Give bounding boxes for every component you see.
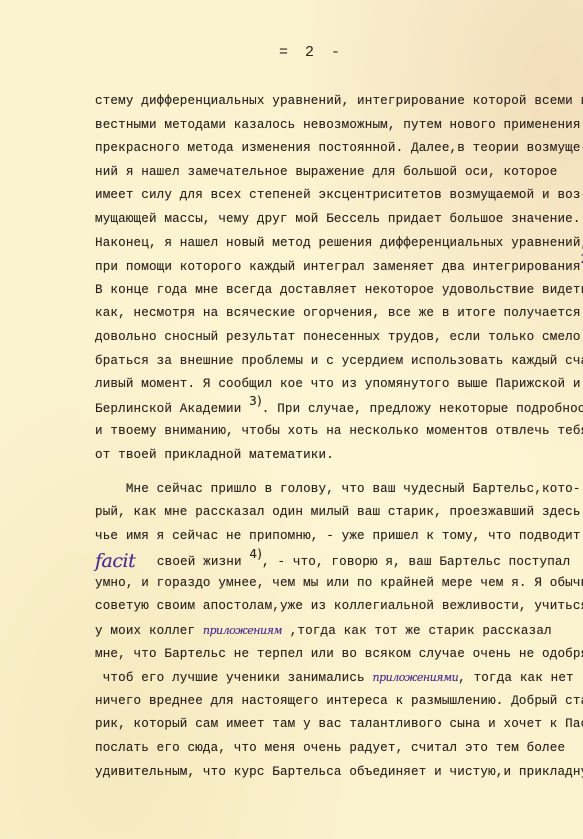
typewritten-body-text: стему дифференциальных уравнений, интегр…	[95, 90, 565, 784]
typed-text: чтоб его лучшие ученики занимались	[95, 671, 372, 685]
text-line: ливый момент. Я сообщил кое что из упомя…	[95, 373, 565, 397]
text-line: послать его сюда, что меня очень радует,…	[95, 737, 565, 761]
text-line: мне, что Бартельс не терпел или во всяко…	[95, 643, 565, 667]
text-line: Мне сейчас пришло в голову, что ваш чуде…	[95, 478, 565, 502]
text-line: ничего вреднее для настоящего интереса к…	[95, 690, 565, 714]
text-line: и твоему вниманию, чтобы хоть на несколь…	[95, 420, 565, 444]
typed-text: мущающей массы, чему друг мой Бессель пр…	[95, 212, 581, 226]
footnote-marker: 4)	[249, 547, 262, 561]
text-line: умно, и гораздо умнее, чем мы или по кра…	[95, 572, 565, 596]
text-line: Наконец, я нашел новый метод решения диф…	[95, 232, 565, 256]
typed-text: удивительным, что курс Бартельса объедин…	[95, 765, 583, 779]
text-line: от твоей прикладной математики.	[95, 444, 565, 468]
typed-text: умно, и гораздо умнее, чем мы или по кра…	[95, 576, 583, 590]
typed-text: у моих коллег	[95, 624, 203, 638]
page-number: = 2 -	[0, 44, 583, 61]
text-line: довольно сносный результат понесенных тр…	[95, 326, 565, 350]
typed-text: довольно сносный результат понесенных тр…	[95, 330, 581, 344]
typed-text: вестными методами казалось невозможным, …	[95, 118, 581, 132]
typed-text: прекрасного метода изменения постоянной.…	[95, 141, 583, 155]
typed-text: Наконец, я нашел новый метод решения диф…	[95, 236, 583, 250]
text-line: у моих коллег приложениям ,тогда как тот…	[95, 619, 565, 643]
handwritten-insertion: приложениями	[372, 671, 458, 684]
typed-text: Берлинской Академии	[95, 402, 249, 416]
text-line: Берлинской Академии 3). При случае, пред…	[95, 397, 565, 421]
typed-text: , - что, говорю я, ваш Бартельс поступал	[262, 555, 570, 569]
footnote-marker: 3)	[249, 394, 262, 408]
text-line: браться за внешние проблемы и с усердием…	[95, 350, 565, 374]
text-line: советую своим апостолам,уже из коллегиал…	[95, 595, 565, 619]
text-line: чтоб его лучшие ученики занимались прило…	[95, 666, 565, 690]
typed-text: ливый момент. Я сообщил кое что из упомя…	[95, 377, 581, 391]
typed-text: послать его сюда, что меня очень радует,…	[95, 741, 565, 755]
text-line: стему дифференциальных уравнений, интегр…	[95, 90, 565, 114]
typed-text: ний я нашел замечательное выражение для …	[95, 165, 557, 179]
typed-text: В конце года мне всегда доставляет некот…	[95, 283, 583, 297]
typed-text: стему дифференциальных уравнений, интегр…	[95, 94, 583, 108]
text-line: как, несмотря на всяческие огорчения, вс…	[95, 302, 565, 326]
text-line: В конце года мне всегда доставляет некот…	[95, 279, 565, 303]
text-line: вестными методами казалось невозможным, …	[95, 114, 565, 138]
typed-text: рик, который сам имеет там у вас талантл…	[95, 717, 583, 731]
handwritten-insertion: facit	[95, 550, 149, 572]
text-line: при помощи которого каждый интеграл заме…	[95, 255, 565, 279]
text-line: чье имя я сейчас не припомню, - уже приш…	[95, 525, 565, 549]
text-line: прекрасного метода изменения постоянной.…	[95, 137, 565, 161]
typed-text: при помощи которого каждый интеграл заме…	[95, 260, 581, 274]
typed-text: мне, что Бартельс не терпел или во всяко…	[95, 647, 583, 661]
typed-text: и твоему вниманию, чтобы хоть на несколь…	[95, 424, 583, 438]
typed-text: имеет силу для всех степеней эксцентриси…	[95, 188, 583, 202]
text-line: ний я нашел замечательное выражение для …	[95, 161, 565, 185]
text-line: удивительным, что курс Бартельса объедин…	[95, 761, 565, 785]
typed-text: советую своим апостолам,уже из коллегиал…	[95, 599, 583, 613]
typed-text: чье имя я сейчас не припомню, - уже приш…	[95, 529, 581, 543]
typed-text: своей жизни	[149, 555, 249, 569]
text-line: рый, как мне рассказал один милый ваш ст…	[95, 501, 565, 525]
text-line: рик, который сам имеет там у вас талантл…	[95, 713, 565, 737]
typed-text: , тогда как нет	[458, 671, 574, 685]
typed-text: рый, как мне рассказал один милый ваш ст…	[95, 505, 583, 519]
text-line: имеет силу для всех степеней эксцентриси…	[95, 184, 565, 208]
typed-text: ничего вреднее для настоящего интереса к…	[95, 694, 583, 708]
typed-text: . При случае, предложу некоторые подробн…	[262, 402, 583, 416]
typed-text: Мне сейчас пришло в голову, что ваш чуде…	[95, 482, 581, 496]
text-line: facit своей жизни 4), - что, говорю я, в…	[95, 548, 565, 572]
typed-text: от твоей прикладной математики.	[95, 448, 334, 462]
handwritten-insertion: приложениям	[203, 624, 282, 637]
typed-text: браться за внешние проблемы и с усердием…	[95, 354, 583, 368]
text-line: мущающей массы, чему друг мой Бессель пр…	[95, 208, 565, 232]
document-page: = 2 - стему дифференциальных уравнений, …	[0, 0, 583, 839]
typed-text: как, несмотря на всяческие огорчения, вс…	[95, 306, 581, 320]
typed-text: ,тогда как тот же старик рассказал	[282, 624, 552, 638]
